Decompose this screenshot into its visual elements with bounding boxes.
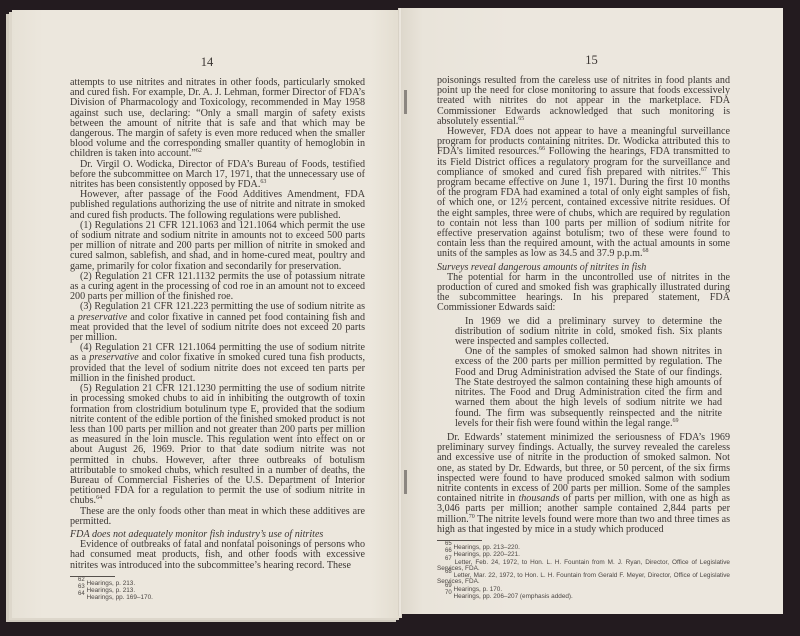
text-run: (5) Regulation 21 CFR 121.1230 permittin… xyxy=(70,383,365,506)
footnote-number: 65 xyxy=(445,541,452,547)
text-run: attempts to use nitrites and nitrates in… xyxy=(70,77,365,159)
body-text: attempts to use nitrites and nitrates in… xyxy=(70,78,365,571)
paragraph: (3) Regulation 21 CFR 121.223 permitting… xyxy=(70,302,365,343)
open-book: 14 attempts to use nitrites and nitrates… xyxy=(8,8,786,622)
paragraph: These are the only foods other than meat… xyxy=(70,507,365,527)
block-quote-paragraph: In 1969 we did a preliminary survey to d… xyxy=(455,317,722,348)
text-run: The nitrite levels found were more than … xyxy=(437,514,730,535)
text-run: Evidence of outbreaks of fatal and nonfa… xyxy=(70,539,365,570)
paragraph: Evidence of outbreaks of fatal and nonfa… xyxy=(70,540,365,571)
footnote: 66 Hearings, pp. 220–221. xyxy=(437,551,730,558)
right-page: 15 poisonings resulted from the careless… xyxy=(400,8,783,614)
footnote: 70 Hearings, pp. 206–207 (emphasis added… xyxy=(437,593,730,600)
footnote-text: Hearings, p. 213. xyxy=(85,580,135,587)
footnote-number: 70 xyxy=(445,590,452,596)
paragraph: attempts to use nitrites and nitrates in… xyxy=(70,78,365,160)
paragraph: (5) Regulation 21 CFR 121.1230 permittin… xyxy=(70,384,365,506)
footnote-number: 62 xyxy=(78,577,85,583)
paragraph: (2) Regulation 21 CFR 121.1132 permits t… xyxy=(70,272,365,303)
staple-bottom xyxy=(404,470,407,494)
footnote: 62 Hearings, p. 213. xyxy=(70,580,365,587)
footnote-text: Letter, Feb. 24, 1972, to Hon. L. H. Fou… xyxy=(437,559,730,572)
paragraph: (1) Regulations 21 CFR 121.1063 and 121.… xyxy=(70,221,365,272)
footnote-text: Letter, Mar. 22, 1972, to Hon. L. H. Fou… xyxy=(437,572,730,585)
text-run: These are the only foods other than meat… xyxy=(70,506,365,527)
text-run: This program became effective on June 1,… xyxy=(437,167,730,260)
footnote-ref: 62 xyxy=(196,148,202,154)
footnote-text: Hearings, p. 213. xyxy=(85,587,135,594)
footnote-text: Hearings, p. 170. xyxy=(452,586,502,593)
footnote-text: Hearings, pp. 220–221. xyxy=(452,551,520,558)
paragraph: However, FDA does not appear to have a m… xyxy=(437,127,730,260)
footnote: 69 Hearings, p. 170. xyxy=(437,586,730,593)
footnote-ref: 65 xyxy=(518,116,524,122)
footnote-ref: 69 xyxy=(673,418,679,424)
right-page-text: poisonings resulted from the careless us… xyxy=(437,76,730,600)
footnotes: 65 Hearings, pp. 213–220.66 Hearings, pp… xyxy=(437,544,730,600)
footnote-number: 66 xyxy=(445,548,452,554)
footnote-ref: 68 xyxy=(643,248,649,254)
text-run: (2) Regulation 21 CFR 121.1132 permits t… xyxy=(70,271,365,302)
paragraph: (4) Regulation 21 CFR 121.1064 permittin… xyxy=(70,343,365,384)
text-run: However, after passage of the Food Addit… xyxy=(70,189,365,220)
paragraph: Dr. Edwards’ statement minimized the ser… xyxy=(437,433,730,535)
paragraph: However, after passage of the Food Addit… xyxy=(70,190,365,221)
paragraph: Dr. Virgil O. Wodicka, Director of FDA’s… xyxy=(70,160,365,191)
left-page-text: attempts to use nitrites and nitrates in… xyxy=(70,78,365,602)
text-run: In 1969 we did a preliminary survey to d… xyxy=(455,316,722,347)
footnotes: 62 Hearings, p. 213.63 Hearings, p. 213.… xyxy=(70,580,365,602)
text-run: poisonings resulted from the careless us… xyxy=(437,75,730,127)
footnote-number: 67 xyxy=(445,556,452,562)
text-run: The potential for harm in the uncontroll… xyxy=(437,272,730,314)
footnote-rule xyxy=(437,540,482,541)
block-quote-paragraph: One of the samples of smoked salmon had … xyxy=(455,347,722,429)
footnote-number: 69 xyxy=(445,583,452,589)
footnote: 64 Hearings, pp. 169–170. xyxy=(70,594,365,601)
footnote-number: 64 xyxy=(78,591,85,597)
paragraph: poisonings resulted from the careless us… xyxy=(437,76,730,127)
body-text: poisonings resulted from the careless us… xyxy=(437,76,730,535)
page-number: 15 xyxy=(400,53,783,68)
footnote-rule xyxy=(70,576,115,577)
page-number: 14 xyxy=(12,55,402,70)
left-page: 14 attempts to use nitrites and nitrates… xyxy=(12,10,402,618)
footnote: 67 Letter, Feb. 24, 1972, to Hon. L. H. … xyxy=(437,559,730,573)
book-gutter xyxy=(398,8,402,616)
footnote-text: Hearings, pp. 206–207 (emphasis added). xyxy=(452,593,573,600)
footnote-text: Hearings, pp. 213–220. xyxy=(452,544,520,551)
footnote-text: Hearings, pp. 169–170. xyxy=(85,594,153,601)
staple-top xyxy=(404,90,407,114)
footnote-number: 63 xyxy=(78,584,85,590)
text-run: (1) Regulations 21 CFR 121.1063 and 121.… xyxy=(70,220,365,272)
footnote-ref: 63 xyxy=(260,179,266,185)
paragraph: The potential for harm in the uncontroll… xyxy=(437,273,730,314)
footnote-ref: 64 xyxy=(96,495,102,501)
footnote-number: 68 xyxy=(445,569,452,575)
footnote: 68 Letter, Mar. 22, 1972, to Hon. L. H. … xyxy=(437,572,730,586)
text-run: One of the samples of smoked salmon had … xyxy=(455,346,722,428)
text-run: Dr. Virgil O. Wodicka, Director of FDA’s… xyxy=(70,159,365,190)
